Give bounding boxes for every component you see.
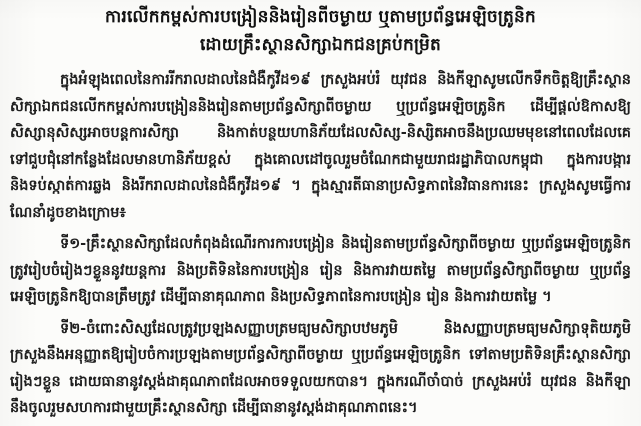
paragraph-intro: ក្នុងអំឡុងពេលនៃការរីករាលដាលនៃជំងឺកូវីដ១៩… <box>10 67 631 226</box>
paragraph-point-2: ទី២-ចំពោះសិស្សដែលត្រូវប្រឡងសញ្ញាបត្រមធ្យ… <box>10 316 631 422</box>
paragraph-point-1: ទី១-គ្រឹះស្ថានសិក្សាដែលកំពុងដំណើរការការប… <box>10 231 631 311</box>
document-title: ការលើកកម្ពស់ការបង្រៀននិងរៀនពីចម្ងាយ ឬតាម… <box>10 3 631 59</box>
document-title-line-2: ដោយគ្រឹះស្ថានសិក្សាឯកជនគ្រប់កម្រិត <box>10 31 631 59</box>
scanned-document-page: ការលើកកម្ពស់ការបង្រៀននិងរៀនពីចម្ងាយ ឬតាម… <box>0 0 641 426</box>
document-body: ក្នុងអំឡុងពេលនៃការរីករាលដាលនៃជំងឺកូវីដ១៩… <box>10 67 631 422</box>
document-title-line-1: ការលើកកម្ពស់ការបង្រៀននិងរៀនពីចម្ងាយ ឬតាម… <box>10 3 631 31</box>
